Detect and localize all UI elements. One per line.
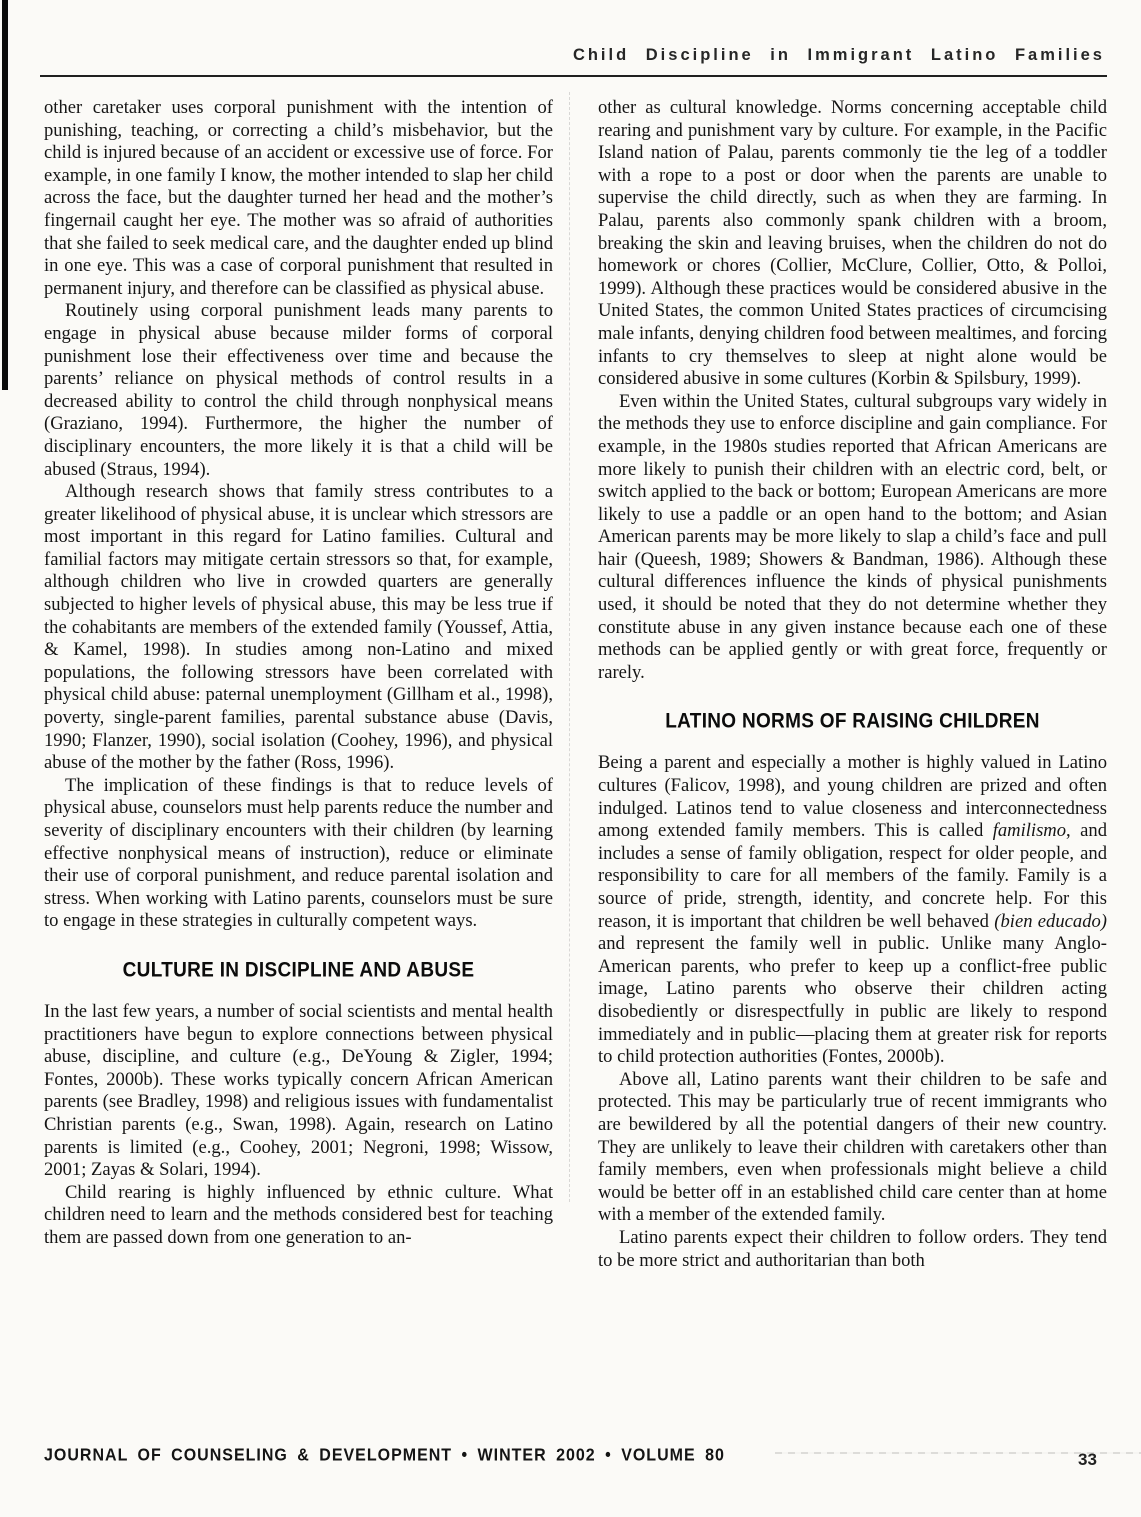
left-column: other caretaker uses corporal punishment… [44, 97, 553, 1272]
section-heading-latino-norms-of-raising-children: LATINO NORMS OF RAISING CHILDREN [598, 710, 1107, 735]
page-number: 33 [1078, 1450, 1097, 1470]
two-column-body: other caretaker uses corporal punishment… [44, 97, 1107, 1272]
paragraph: Although research shows that family stre… [44, 481, 553, 775]
paragraph: Child rearing is highly influenced by et… [44, 1182, 553, 1250]
header-rule [40, 75, 1107, 77]
scan-artifact-left-edge [2, 0, 8, 390]
journal-page: Child Discipline in Immigrant Latino Fam… [0, 0, 1141, 1517]
running-title: Child Discipline in Immigrant Latino Fam… [573, 46, 1105, 65]
right-column: other as cultural knowledge. Norms conce… [598, 97, 1107, 1272]
paragraph: The implication of these findings is tha… [44, 775, 553, 933]
journal-footer: JOURNAL OF COUNSELING & DEVELOPMENT • WI… [44, 1446, 725, 1466]
section-heading-culture-in-discipline-and-abuse: CULTURE IN DISCIPLINE AND ABUSE [44, 958, 553, 983]
paragraph: Above all, Latino parents want their chi… [598, 1069, 1107, 1227]
paragraph: Even within the United States, cultural … [598, 391, 1107, 685]
paragraph: In the last few years, a number of socia… [44, 1001, 553, 1182]
paragraph: Being a parent and especially a mother i… [598, 752, 1107, 1068]
paragraph: Latino parents expect their children to … [598, 1227, 1107, 1272]
paragraph: other caretaker uses corporal punishment… [44, 97, 553, 300]
paragraph: Routinely using corporal punishment lead… [44, 300, 553, 481]
paragraph: other as cultural knowledge. Norms conce… [598, 97, 1107, 391]
